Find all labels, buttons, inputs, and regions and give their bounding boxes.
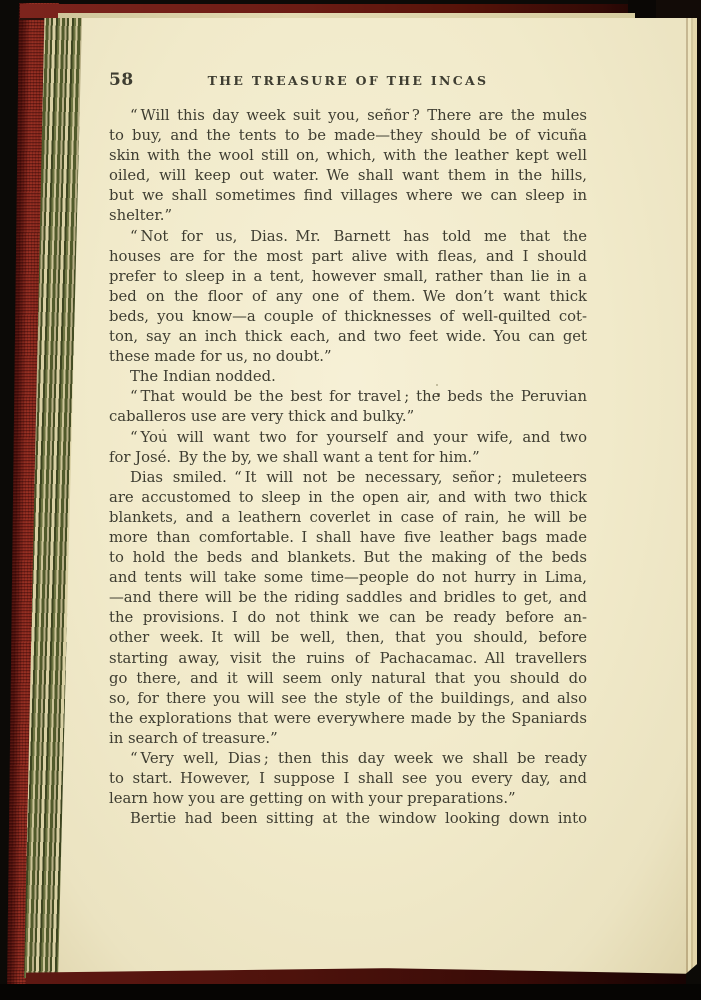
text-line: for José. By the by, we shall want a ten… (109, 448, 587, 468)
text-line: “ Not for us, Dias. Mr. Barnett has told… (109, 227, 587, 247)
text-line: “ You will want two for yourself and you… (109, 428, 587, 448)
text-line: to start. However, I suppose I shall see… (109, 769, 587, 789)
text-line: “ Will this day week suit you, señor ? T… (109, 106, 587, 126)
page-body-text: “ Will this day week suit you, señor ? T… (109, 106, 587, 829)
text-line: more than comfortable. I shall have five… (109, 528, 587, 548)
text-line: The Indian nodded. (109, 367, 587, 387)
text-line: blankets, and a leathern coverlet in cas… (109, 508, 587, 528)
text-line: are accustomed to sleep in the open air,… (109, 488, 587, 508)
text-line: ton, say an inch thick each, and two fee… (109, 327, 587, 347)
text-line: and tents will take some time—people do … (109, 568, 587, 588)
text-line: shelter.” (109, 206, 587, 226)
page-header: 58 THE TREASURE OF THE INCAS (109, 70, 587, 90)
text-line: to hold the beds and blankets. But the m… (109, 548, 587, 568)
text-line: —and there will be the riding saddles an… (109, 588, 587, 608)
text-line: to buy, and the tents to be made—they sh… (109, 126, 587, 146)
text-line: skin with the wool still on, which, with… (109, 146, 587, 166)
page-right-edge-crease (685, 18, 697, 978)
text-line: “ That would be the best for travel ; th… (109, 387, 587, 407)
text-line: “ Very well, Dias ; then this day week w… (109, 749, 587, 769)
text-line: go there, and it will seem only natural … (109, 669, 587, 689)
text-line: Dias smiled. “ It will not be necessary,… (109, 468, 587, 488)
text-line: so, for there you will see the style of … (109, 689, 587, 709)
text-line: learn how you are getting on with your p… (109, 789, 587, 809)
text-line: prefer to sleep in a tent, however small… (109, 267, 587, 287)
text-line: these made for us, no doubt.” (109, 347, 587, 367)
text-line: the provisions. I do not think we can be… (109, 608, 587, 628)
text-line: beds, you know—a couple of thicknesses o… (109, 307, 587, 327)
text-line: caballeros use are very thick and bulky.… (109, 407, 587, 427)
text-line: oiled, will keep out water. We shall wan… (109, 166, 587, 186)
book-photo: 58 THE TREASURE OF THE INCAS “ Will this… (0, 0, 701, 1000)
text-line: houses are for the most part alive with … (109, 247, 587, 267)
text-line: but we shall sometimes find villages whe… (109, 186, 587, 206)
text-line: other week. It will be well, then, that … (109, 628, 587, 648)
text-line: starting away, visit the ruins of Pachac… (109, 649, 587, 669)
background-shadow-bottom (0, 984, 701, 1000)
running-title: THE TREASURE OF THE INCAS (109, 73, 587, 88)
text-line: the explorations that were everywhere ma… (109, 709, 587, 729)
text-line: in search of treasure.” (109, 729, 587, 749)
text-line: Bertie had been sitting at the window lo… (109, 809, 587, 829)
text-line: bed on the floor of any one of them. We … (109, 287, 587, 307)
